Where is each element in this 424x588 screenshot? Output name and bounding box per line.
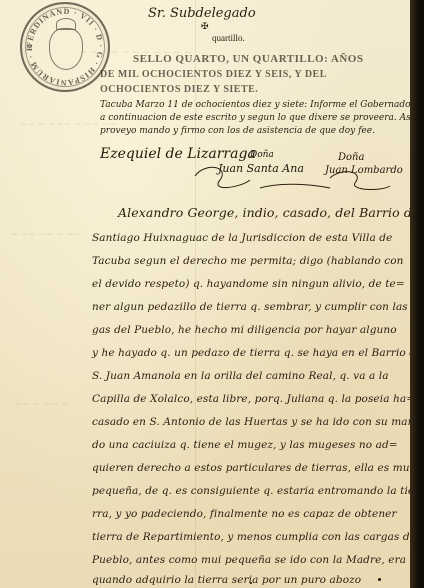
quartillo-label: quartillo. [212, 33, 245, 43]
ink-speck [250, 582, 252, 584]
ink-speck [378, 578, 381, 581]
body-line-14: rra, y yo padeciendo, finalmente no es c… [92, 508, 397, 520]
body-line-9: Capilla de Xolalco, esta libre, porq. Ju… [92, 393, 410, 405]
document-page: ~ ~ ~ ~ ~ ~ ~ ~ ~ ~ ~ ~~ ~ ~~~ ~ ~~ ~~ ~… [0, 0, 410, 588]
royal-seal-stamp: FERDINAND · VII · D · G · HISPANIARUM · … [20, 2, 110, 92]
body-line-17: quando adquirio la tierra seria por un p… [92, 574, 361, 586]
body-line-7: y he hayado q. un pedazo de tierra q. se… [92, 347, 410, 359]
bleed-through-text: ~ ~~ ~~ ~ ~~ [10, 230, 82, 240]
stamp-line-2: DE MIL OCHOCIENTOS DIEZ Y SEIS, Y DEL [100, 69, 327, 80]
coat-of-arms-icon [49, 28, 83, 70]
body-line-3: Tacuba segun el derecho me permita; digo… [92, 255, 404, 267]
body-line-2: Santiago Huixnaguac de la Jurisdiccion d… [92, 232, 392, 244]
body-line-10: casado en S. Antonio de las Huertas y se… [92, 416, 410, 428]
cross-mark-icon: ✠ [201, 22, 209, 32]
body-line-4: el devido respeto) q. hayandome sin ning… [92, 278, 405, 290]
bleed-through-text: ~~ ~ ~~ ~ [15, 400, 69, 410]
stamp-line-3: OCHOCIENTOS DIEZ Y SIETE. [100, 84, 258, 95]
body-line-8: S. Juan Amanola en la orilla del camino … [92, 370, 389, 382]
body-line-12: quieren derecho a estos particulares de … [92, 462, 410, 474]
body-line-5: ner algun pedazillo de tierra q. sembrar… [92, 301, 410, 313]
body-line-15: tierra de Repartimiento, y menos cumplia… [92, 531, 410, 543]
body-line-6: gas del Pueblo, he hecho mi diligencia p… [92, 324, 397, 336]
body-line-11: do una caciuiza q. tiene el mugez, y las… [92, 439, 398, 451]
signature-flourish-icon [190, 158, 410, 198]
decree-line-2: a continuacion de este escrito y segun l… [100, 113, 410, 123]
page-edge-shadow [410, 0, 424, 588]
addressee-heading: Sr. Subdelegado [148, 6, 256, 21]
decree-line-1: Tacuba Marzo 11 de ochocientos diez y si… [100, 100, 410, 110]
body-line-1: Alexandro George, indio, casado, del Bar… [118, 205, 410, 220]
body-line-16: Pueblo, antes como mui pequeña se ido co… [92, 554, 406, 566]
body-line-13: pequeña, de q. es consiguiente q. estari… [92, 485, 410, 497]
stamp-line-1: SELLO QUARTO, UN QUARTILLO: AÑOS [133, 53, 363, 65]
decree-line-3: proveyo mando y firmo con los de asisten… [100, 126, 375, 136]
